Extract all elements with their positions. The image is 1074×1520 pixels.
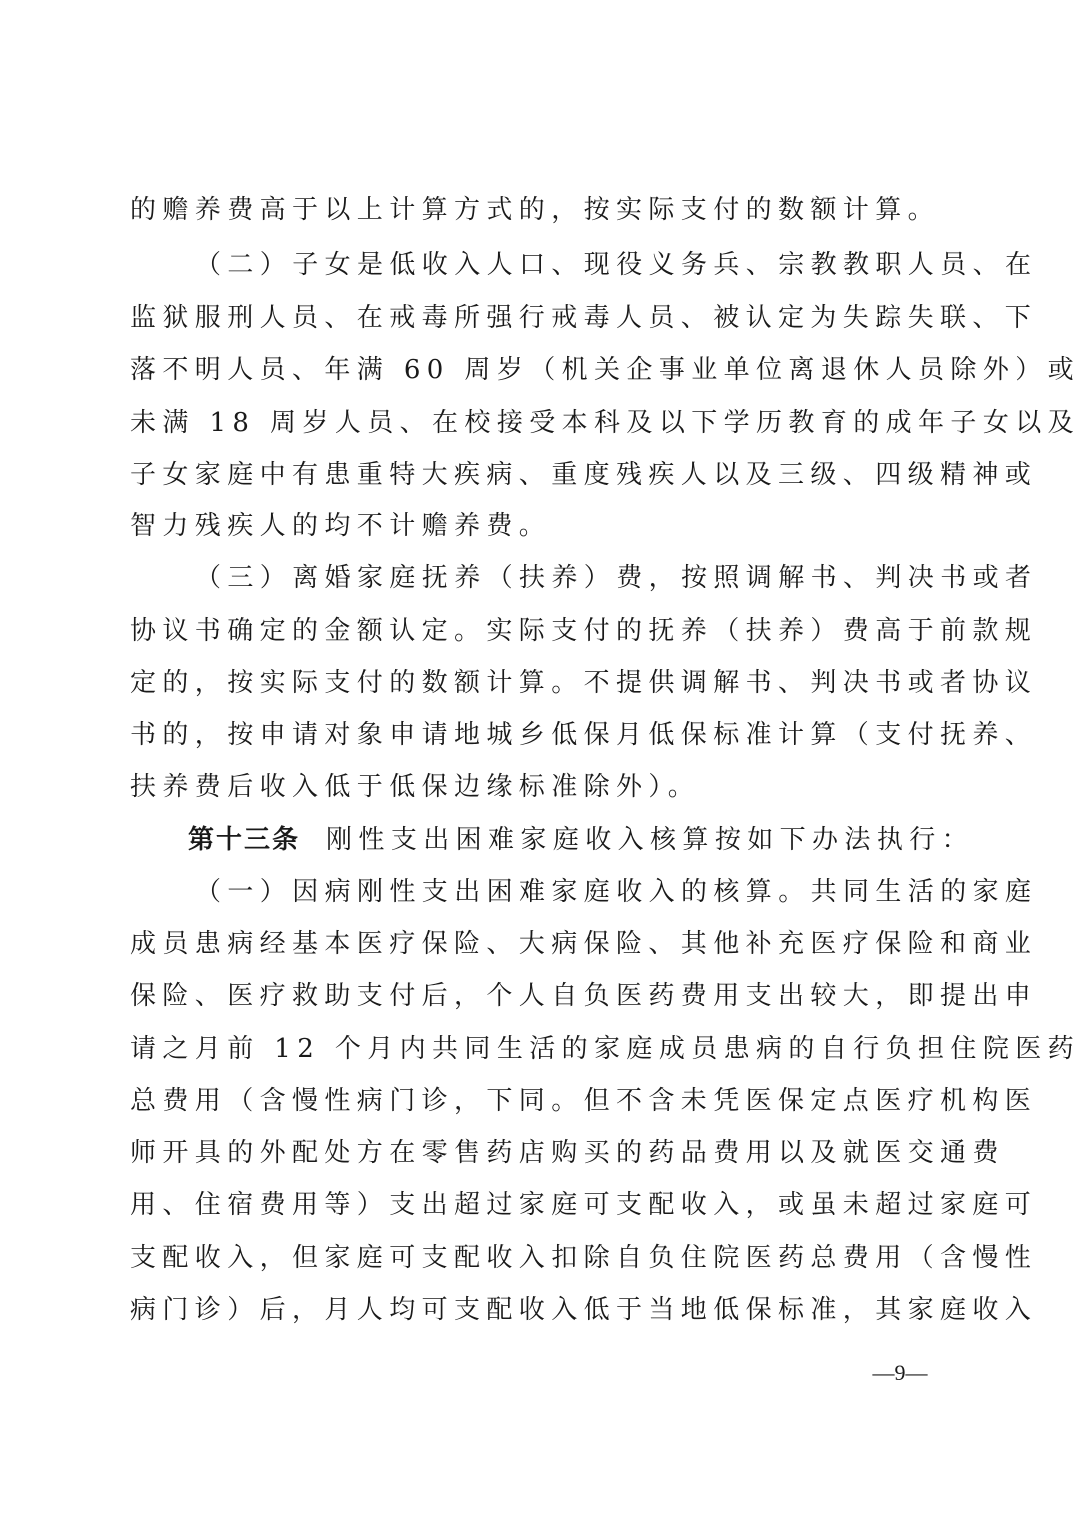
paragraph-line: 书的，按申请对象申请地城乡低保月低保标准计算（支付抚养、: [130, 709, 950, 761]
paragraph-line: 病门诊）后，月人均可支配收入低于当地低保标准，其家庭收入: [130, 1284, 950, 1336]
paragraph-line: 师开具的外配处方在零售药店购买的药品费用以及就医交通费: [130, 1127, 950, 1179]
paragraph-line: （二）子女是低收入人口、现役义务兵、宗教教职人员、在: [195, 239, 950, 291]
paragraph-line: 智力残疾人的均不计赡养费。: [130, 500, 950, 552]
article-heading: 第十三条: [188, 825, 300, 855]
article-text: 刚性支出困难家庭收入核算按如下办法执行：: [326, 825, 974, 855]
document-page: 的赡养费高于以上计算方式的，按实际支付的数额计算。 （二）子女是低收入人口、现役…: [0, 0, 1074, 1520]
paragraph-line: 的赡养费高于以上计算方式的，按实际支付的数额计算。: [130, 184, 950, 236]
paragraph-line: 支配收入，但家庭可支配收入扣除自负住院医药总费用（含慢性: [130, 1232, 950, 1284]
paragraph-line: （三）离婚家庭抚养（扶养）费，按照调解书、判决书或者: [195, 552, 950, 604]
page-number: —9—: [860, 1358, 940, 1388]
paragraph-line: 扶养费后收入低于低保边缘标准除外）。: [130, 761, 950, 813]
paragraph-line: 未满 18 周岁人员、在校接受本科及以下学历教育的成年子女以及: [130, 397, 950, 449]
paragraph-line: 保险、医疗救助支付后，个人自负医药费用支出较大，即提出申: [130, 970, 950, 1022]
paragraph-line: 用、住宿费用等）支出超过家庭可支配收入，或虽未超过家庭可: [130, 1179, 950, 1231]
paragraph-line: 子女家庭中有患重特大疾病、重度残疾人以及三级、四级精神或: [130, 449, 950, 501]
paragraph-line: 定的，按实际支付的数额计算。不提供调解书、判决书或者协议: [130, 657, 950, 709]
paragraph-line: 成员患病经基本医疗保险、大病保险、其他补充医疗保险和商业: [130, 918, 950, 970]
paragraph-line: 请之月前 12 个月内共同生活的家庭成员患病的自行负担住院医药: [130, 1023, 950, 1075]
paragraph-line: 落不明人员、年满 60 周岁（机关企事业单位离退休人员除外）或: [130, 344, 950, 396]
paragraph-line: 协议书确定的金额认定。实际支付的抚养（扶养）费高于前款规: [130, 605, 950, 657]
paragraph-line: 总费用（含慢性病门诊，下同。但不含未凭医保定点医疗机构医: [130, 1075, 950, 1127]
paragraph-line: （一）因病刚性支出困难家庭收入的核算。共同生活的家庭: [195, 866, 950, 918]
paragraph-line: 监狱服刑人员、在戒毒所强行戒毒人员、被认定为失踪失联、下: [130, 292, 950, 344]
article-13-line: 第十三条刚性支出困难家庭收入核算按如下办法执行：: [188, 814, 943, 866]
